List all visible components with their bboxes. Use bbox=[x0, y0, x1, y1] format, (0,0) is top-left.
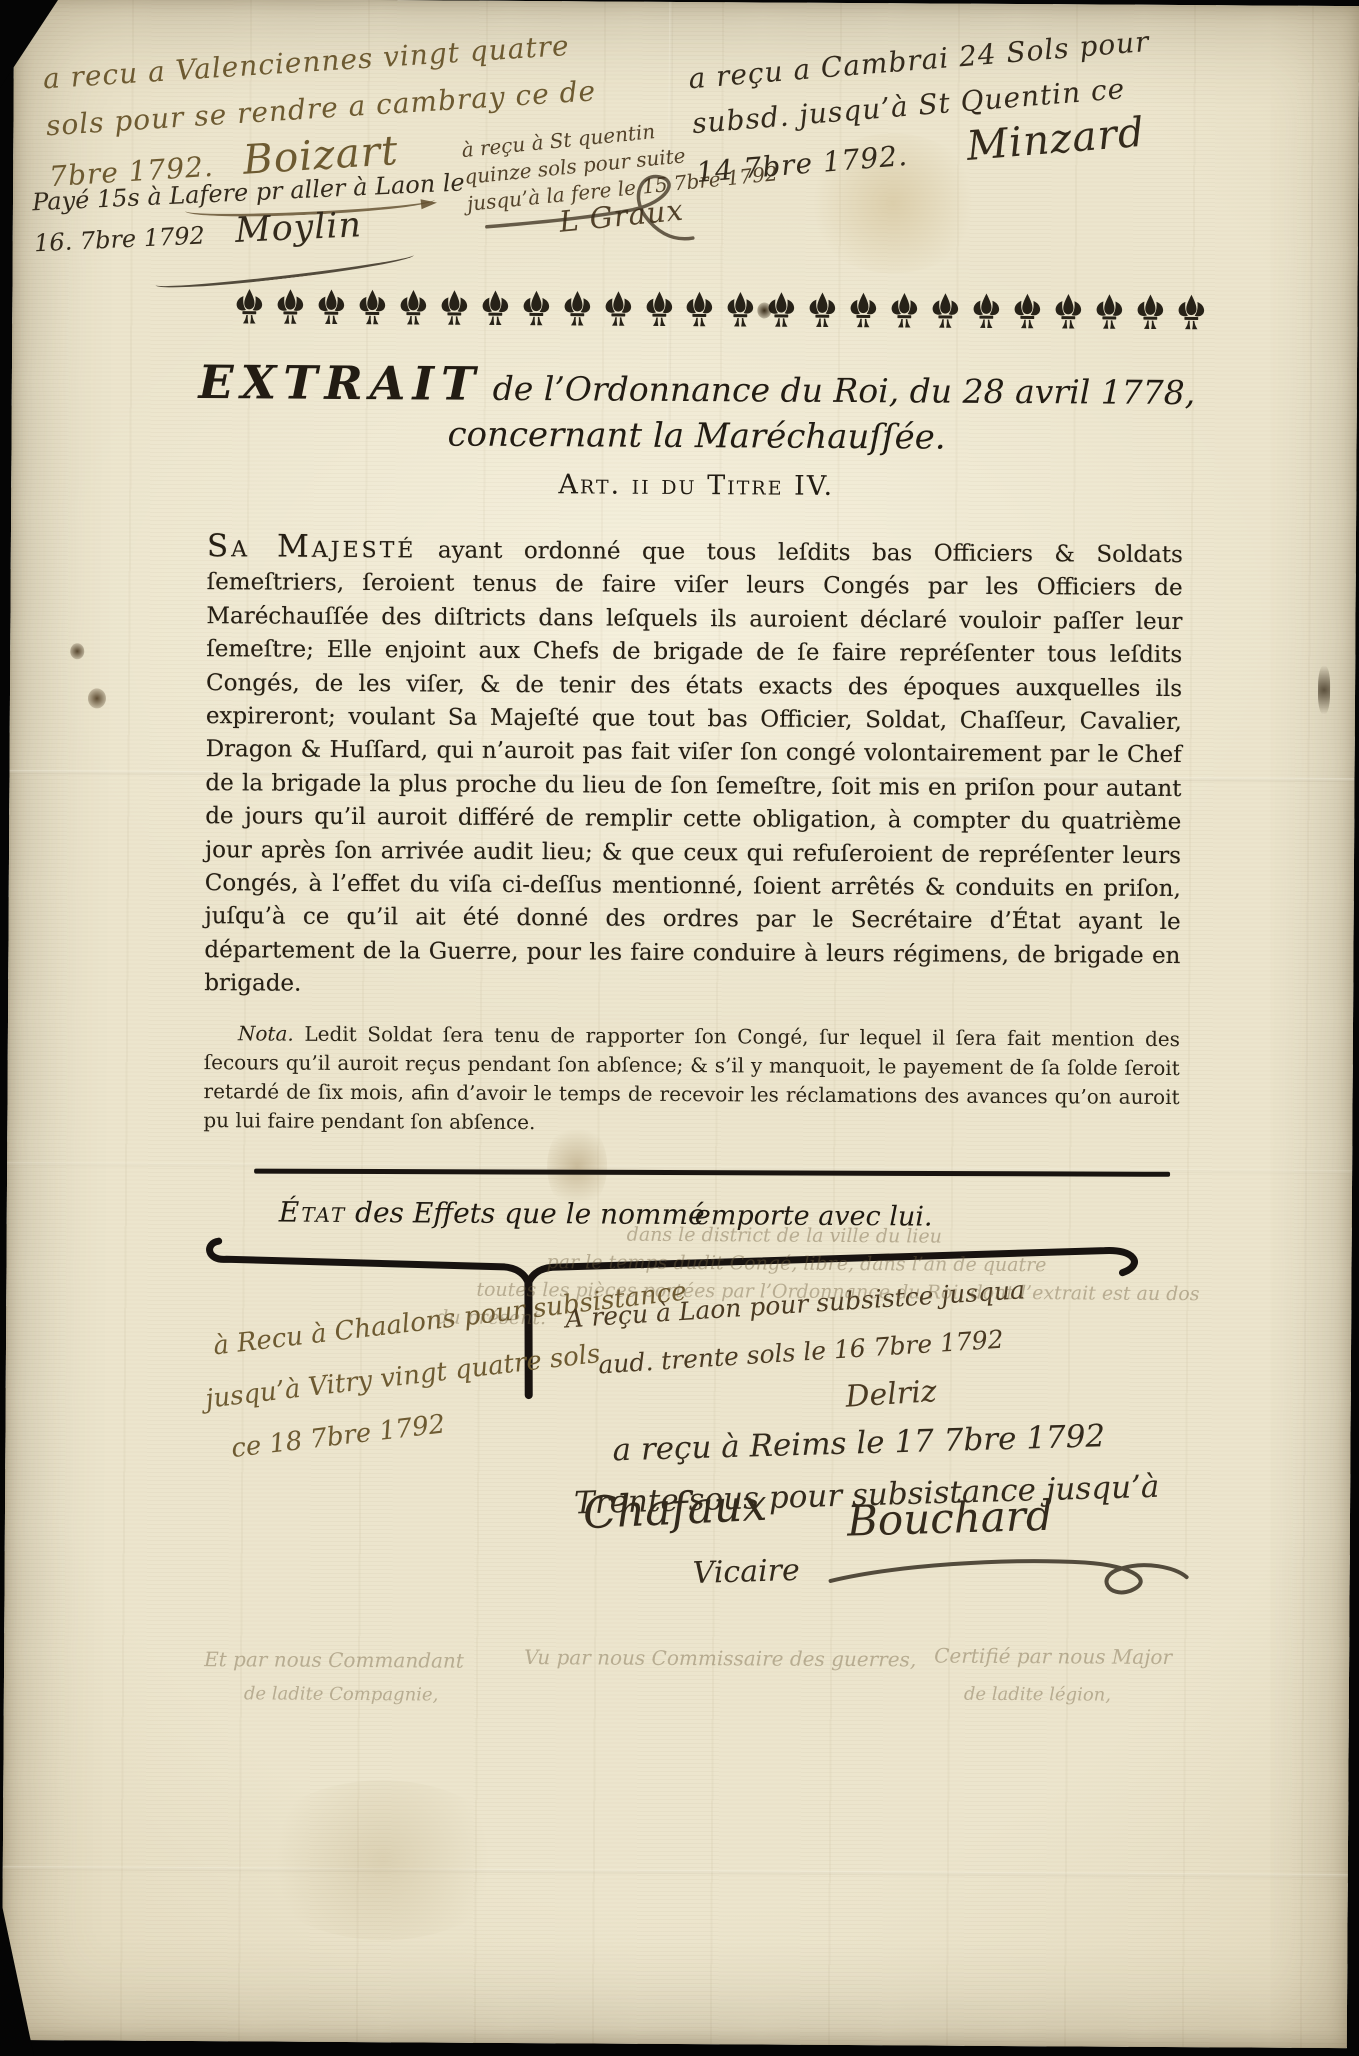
fleur-de-lis-icon bbox=[234, 285, 264, 327]
etat-word: État bbox=[279, 1196, 347, 1229]
fleur-de-lis-icon bbox=[521, 287, 551, 329]
scan-background: { "document": { "title_main": "EXTRAIT",… bbox=[0, 0, 1359, 2056]
fleur-de-lis-icon bbox=[767, 289, 797, 331]
etat-label: État des Effets que le nommé bbox=[279, 1196, 705, 1232]
annotation-date: 16. 7bre 1792 bbox=[33, 221, 205, 257]
fleur-de-lis-icon bbox=[1176, 291, 1206, 333]
annotation-top-right: a reçu a Cambrai 24 Sols pour subsd. jus… bbox=[687, 19, 1159, 195]
bleedthrough-line: de ladite Compagnie, bbox=[244, 1683, 439, 1705]
etat-label-right: emporte avec lui. bbox=[695, 1200, 933, 1232]
fleur-de-lis-icon bbox=[644, 288, 674, 330]
fleur-de-lis-icon bbox=[562, 287, 592, 329]
signature-vicaire: Vicaire bbox=[692, 1553, 800, 1591]
body-lead: Sa Majesté bbox=[207, 528, 417, 565]
fleur-de-lis-icon bbox=[275, 286, 305, 328]
title-extrait: EXTRAIT bbox=[198, 355, 482, 411]
pen-flourish-loop bbox=[483, 171, 703, 252]
fleur-de-lis-icon bbox=[1094, 291, 1124, 333]
nota-label: Nota. bbox=[238, 1021, 294, 1045]
horizontal-rule bbox=[254, 1169, 1170, 1177]
fleur-de-lis-icon bbox=[480, 287, 510, 329]
fleur-de-lis-icon bbox=[439, 287, 469, 329]
fleur-de-lis-icon bbox=[357, 286, 387, 328]
edge-mark bbox=[1318, 666, 1330, 714]
fleur-de-lis-icon bbox=[1012, 290, 1042, 332]
etat-rest: des Effets que le nommé bbox=[355, 1196, 705, 1231]
nota-paragraph: Nota. Ledit Soldat ſera tenu de rapporte… bbox=[203, 1019, 1180, 1141]
ordinance-body: Sa Majesté ayant ordonné que tous leſdit… bbox=[204, 530, 1183, 1007]
fleur-de-lis-icon bbox=[1135, 291, 1165, 333]
ornament-row bbox=[234, 285, 1206, 333]
document-subtitle: concernant la Maréchauſſée. bbox=[161, 413, 1231, 460]
document-title: EXTRAIT de l’Ordonnance du Roi, du 28 av… bbox=[162, 355, 1232, 416]
nota-text: Ledit Soldat ſera tenu de rapporter ſon … bbox=[203, 1022, 1180, 1134]
fleur-de-lis-icon bbox=[971, 290, 1001, 332]
fleur-de-lis-icon bbox=[398, 286, 428, 328]
ink-stain bbox=[88, 688, 106, 708]
annotation-date: 14 7bre 1792. bbox=[695, 139, 909, 189]
article-heading: Art. ii du Titre IV. bbox=[161, 467, 1231, 505]
fleur-de-lis-icon bbox=[889, 289, 919, 331]
bleedthrough-commissaire: Vu par nous Commissaire des guerres, bbox=[524, 1645, 916, 1671]
signature-moylin: Moylin bbox=[234, 205, 363, 251]
fleur-de-lis-icon bbox=[603, 288, 633, 330]
fleur-de-lis-icon bbox=[726, 288, 756, 330]
annotation-bottom-right-1: A reçu à Laon pour subsistce jusqua aud.… bbox=[564, 1266, 1033, 1439]
bleedthrough-commandant: Et par nous Commandant bbox=[204, 1647, 464, 1673]
body-text: ayant ordonné que tous leſdits bas Offic… bbox=[204, 538, 1183, 997]
bleedthrough-line: de ladite légion, bbox=[964, 1684, 1111, 1706]
signature-chafaux: Chafaux bbox=[582, 1480, 768, 1539]
fleur-de-lis-icon bbox=[685, 288, 715, 330]
fold-crease bbox=[3, 1866, 1348, 1878]
fleur-de-lis-icon bbox=[316, 286, 346, 328]
ink-stain bbox=[70, 643, 84, 659]
paper-stain bbox=[252, 1779, 513, 1941]
bleedthrough-major: Certifié par nous Major bbox=[934, 1644, 1172, 1669]
fleur-de-lis-icon bbox=[930, 290, 960, 332]
title-rest: de l’Ordonnance du Roi, du 28 avril 1778… bbox=[493, 369, 1196, 412]
pen-flourish-loop bbox=[824, 1531, 1195, 1623]
fleur-de-lis-icon bbox=[808, 289, 838, 331]
fleur-de-lis-icon bbox=[849, 289, 879, 331]
document-page: a recu a Valenciennes vingt quatre sols … bbox=[2, 0, 1359, 2048]
fleur-de-lis-icon bbox=[1053, 290, 1083, 332]
